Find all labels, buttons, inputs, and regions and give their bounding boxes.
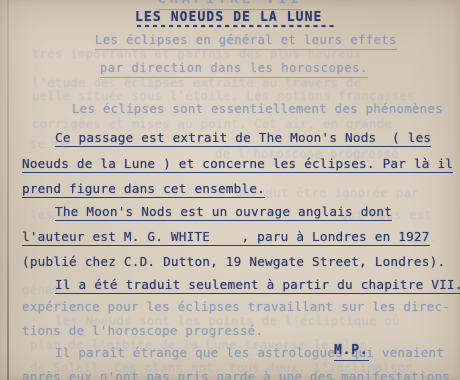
typed-body-line: (publié chez C.D. Dutton, 19 Newgate Str… [22,255,445,269]
faded-body-line: expérience pour les éclipses travaillant… [22,300,450,314]
bleedthrough-line: très importants et parfois des plus heur… [32,47,361,61]
faded-body-line: Les éclipses sont essentiellement des ph… [72,102,443,116]
scanned-document-page: CHAPITRE VIILES NOEUDS DE LA LUNE-------… [0,0,460,380]
ghost-chapter-header: CHAPITRE VII [158,0,302,10]
faded-body-line: après eux n'ont pas pris garde à une des… [22,370,450,380]
page-edge-shadow [7,0,9,380]
typed-body-line: l'auteur est M. G. WHITE , paru à Londre… [22,230,430,246]
typed-body-line: Ce passage est extrait de The Moon's Nod… [55,131,431,147]
bleedthrough-fragment: qui dut être ignorée par [235,186,419,200]
faded-body-line: Il paraît étrange que les astrologues qu… [55,346,444,360]
signature: M.P. [334,344,369,361]
typed-body-line: prend figure dans cet ensemble. [22,182,265,198]
typed-body-line: The Moon's Nods est un ouvrage anglais d… [55,205,392,221]
bleedthrough-fragment: se re [30,137,68,151]
typed-body-line: Noeuds de la Lune ) et concerne les écli… [22,157,453,173]
faded-body-line: tions de l'horoscope progressé. [22,324,263,338]
typed-body-line: Il a été traduit seulement à partir du c… [55,278,460,294]
bleedthrough-line: corrigées et mises au point. Cet air, en… [32,117,392,131]
